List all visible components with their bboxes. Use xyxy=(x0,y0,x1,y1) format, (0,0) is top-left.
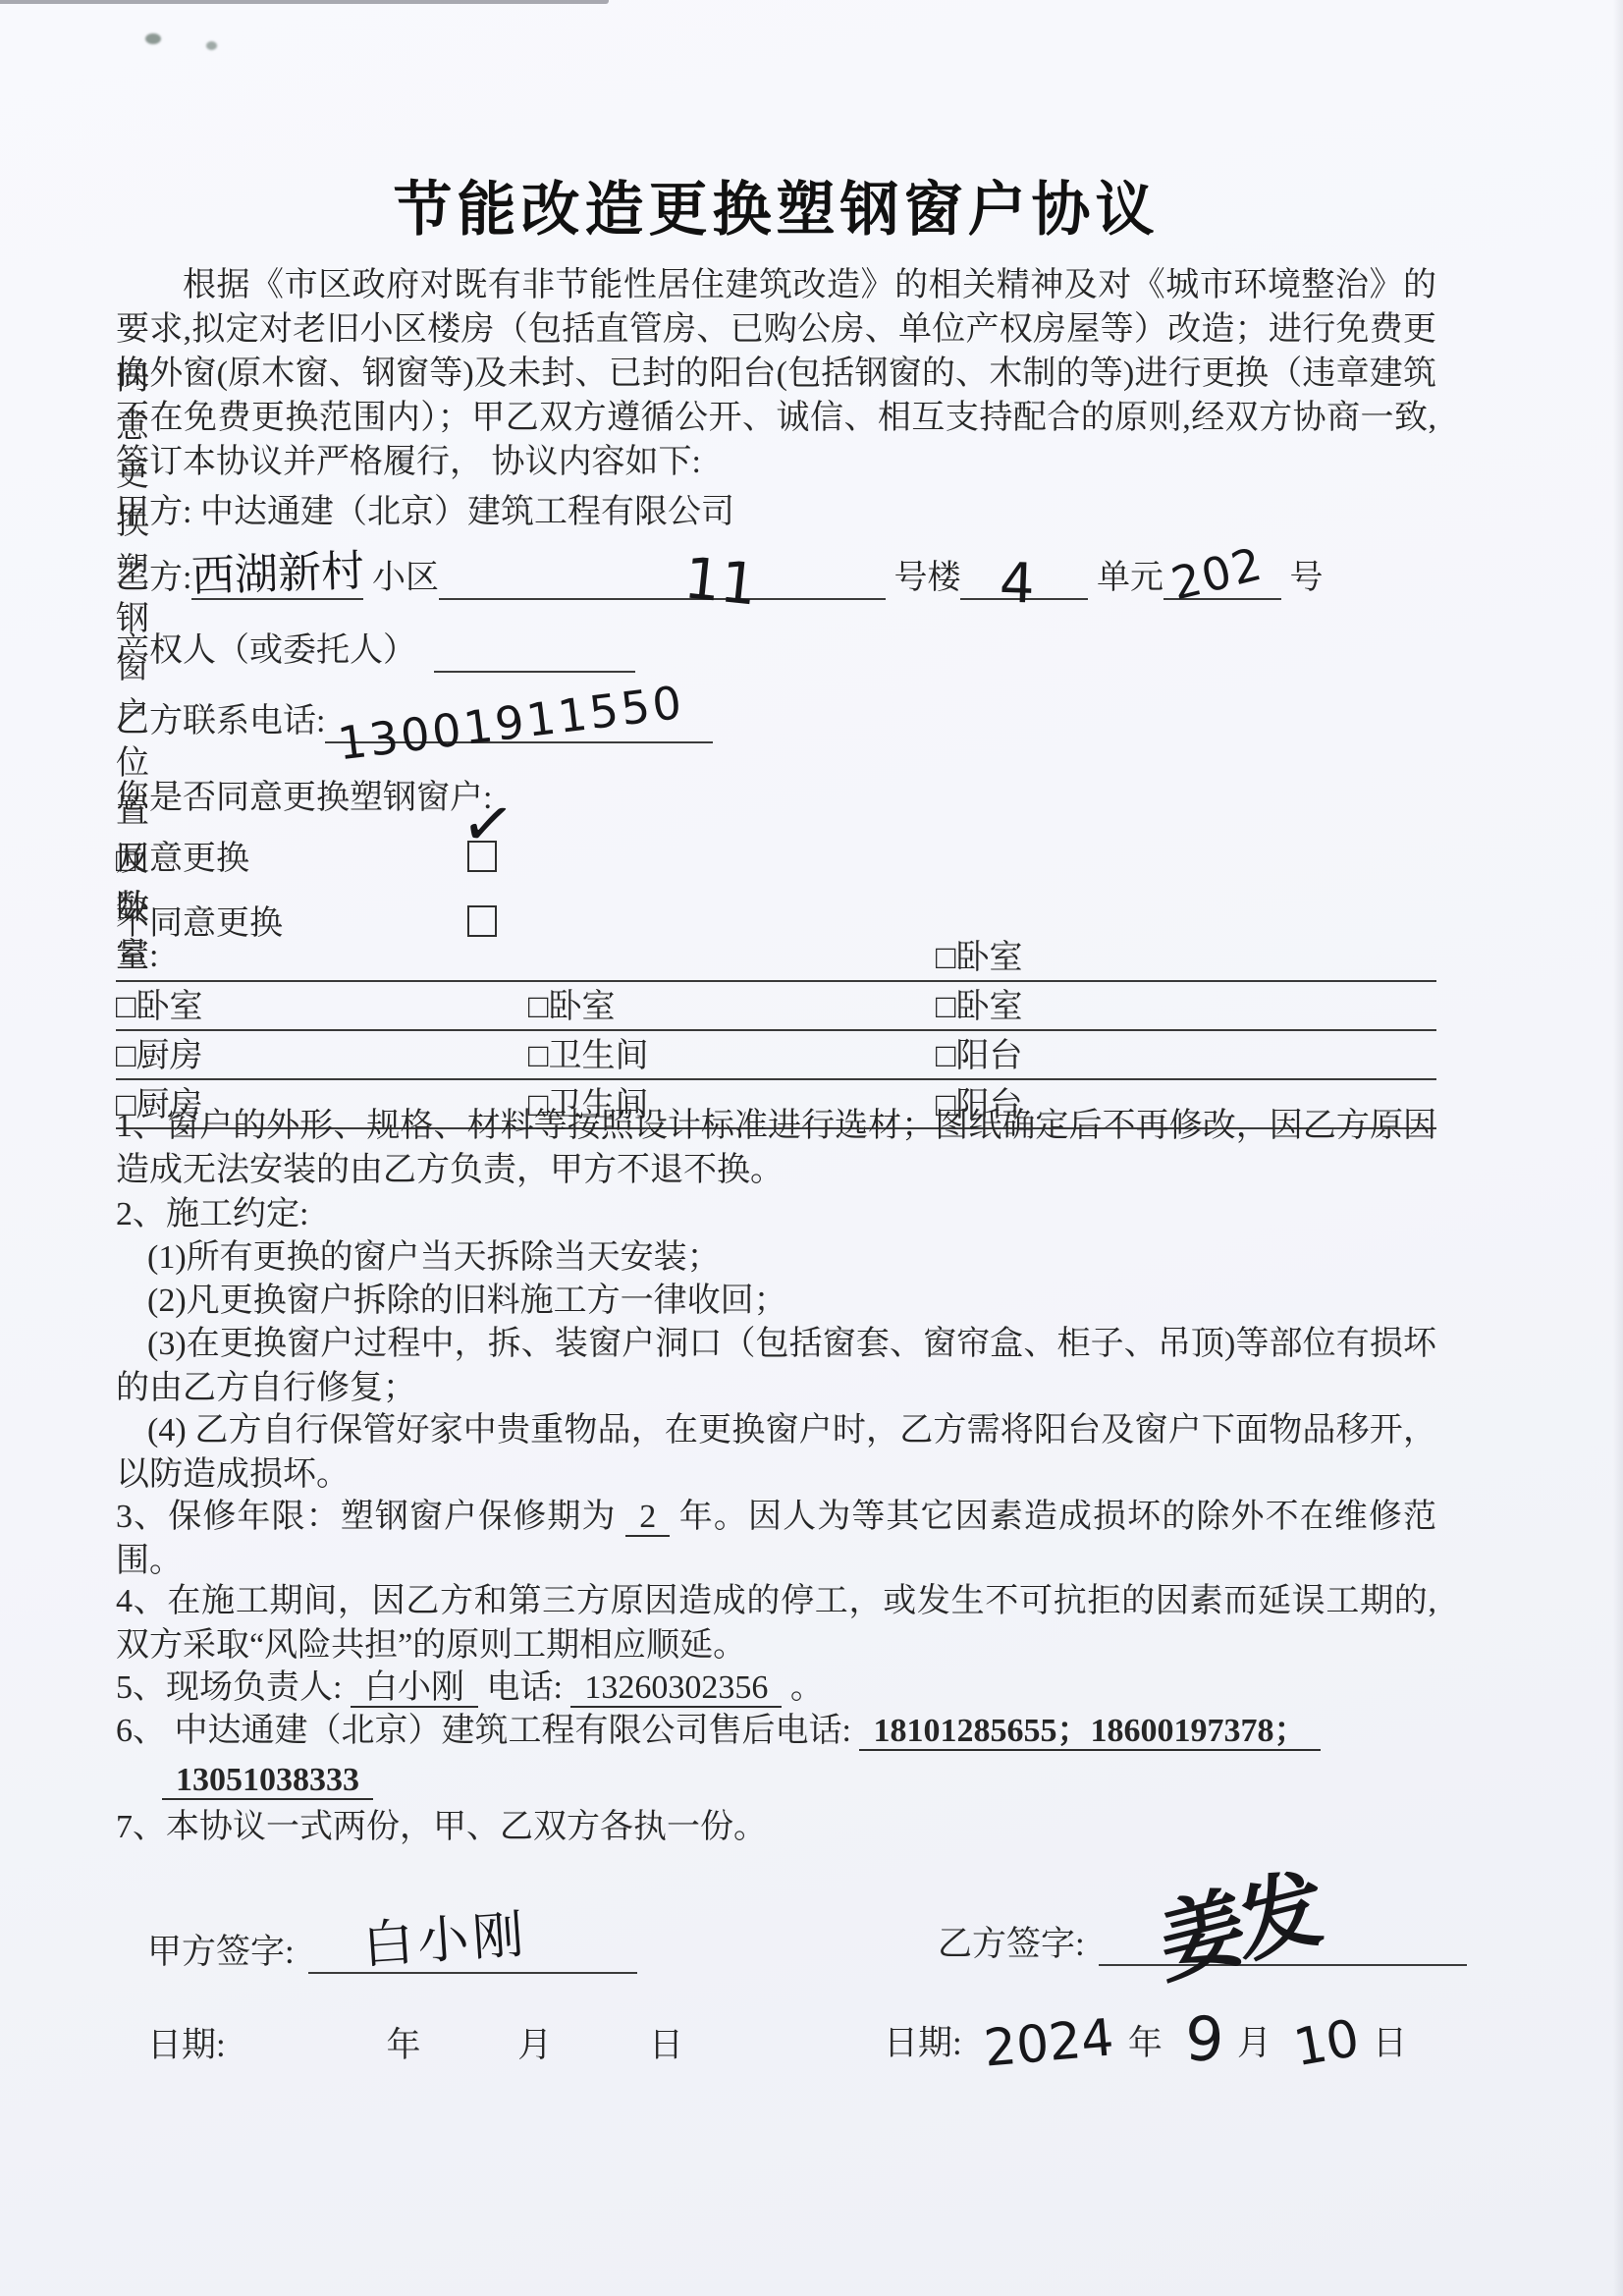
clause-3: 3、保修年限：塑钢窗户保修期为 2 年。因人为等其它因素造成损坏的除外不在维修范… xyxy=(116,1495,1436,1583)
clause-6-continued: 13051038333 xyxy=(162,1758,1483,1802)
unit-handwritten-value: 4 xyxy=(1000,561,1036,606)
party-a-signature-label: 甲方签字: xyxy=(147,1933,295,1971)
location-cell: □卧室 xyxy=(936,930,1023,978)
location-cell: □卧室 xyxy=(528,979,616,1027)
consent-question: 您是否同意更换塑钢窗户: xyxy=(116,776,1436,820)
locations-row: □厨房 □卫生间 □阳台 xyxy=(116,1031,1436,1080)
phone-handwritten-value: 13001911550 xyxy=(336,681,687,767)
location-cell: □卧室 xyxy=(936,979,1023,1027)
location-cell: □阳台 xyxy=(936,1028,1023,1076)
owner-row: 产权人（或委托人） xyxy=(116,629,1436,673)
clause-7: 7、本协议一式两份，甲、乙双方各执一份。 xyxy=(116,1805,1436,1849)
room-handwritten-value: 202 xyxy=(1167,541,1268,606)
location-cell: □卧室 xyxy=(116,979,203,1027)
clause-2-heading: 2、施工约定: xyxy=(116,1192,1436,1236)
scanner-shadow-artifact xyxy=(1613,0,1623,2296)
year-handwritten-value: 2024 xyxy=(982,2008,1116,2078)
location-cell: □卧室 xyxy=(116,843,149,976)
clause-2-item-4: (4) 乙方自行保管好家中贵重物品，在更换窗户时，乙方需将阳台及窗户下面物品移开… xyxy=(116,1408,1436,1497)
agree-option: 同意更换 ✓ xyxy=(116,837,1436,882)
ink-speck xyxy=(206,41,217,50)
room-suffix: 号 xyxy=(1289,560,1323,596)
scanned-agreement-page: 节能改造更换塑钢窗户协议 根据《市区政府对既有非节能性居住建筑改造》的相关精神及… xyxy=(0,0,1623,2296)
location-cell: □厨房 xyxy=(116,1028,203,1076)
phone-field: 13001911550 xyxy=(325,741,713,743)
party-a-line: 甲方: 中达通建（北京）建筑工程有限公司 xyxy=(116,490,1436,534)
clause-1: 1、窗户的外形、规格、材料等按照设计标准进行选材；图纸确定后不再修改，因乙方原因… xyxy=(116,1104,1436,1192)
date-party-b: 日期: 2024年 9月 10日 xyxy=(884,2003,1623,2075)
year-suffix: 年 xyxy=(386,2026,420,2064)
month-handwritten-value: 9 xyxy=(1183,2002,1224,2075)
site-manager-label: 5、现场负责人: xyxy=(116,1669,342,1706)
building-field: 11 xyxy=(439,598,886,600)
unit-field: 4 xyxy=(960,598,1088,600)
party-a-signature-field: 白小刚 xyxy=(308,1970,637,1974)
check-mark-icon: ✓ xyxy=(459,799,516,850)
clause-2-item-3: (3)在更换窗户过程中，拆、装窗户洞口（包括窗套、窗帘盒、柜子、吊顶)等部位有损… xyxy=(116,1322,1436,1410)
intro-paragraph: 根据《市区政府对既有非节能性居住建筑改造》的相关精神及对《城市环境整治》的要求,… xyxy=(116,263,1436,484)
unit-suffix: 单元 xyxy=(1097,560,1163,596)
month-suffix: 月 xyxy=(1237,2024,1271,2062)
owner-label: 产权人（或委托人） xyxy=(116,632,416,669)
ink-speck xyxy=(145,33,161,44)
locations-row: □卧室 □卧室 □卧室 xyxy=(116,982,1436,1031)
phone-row: 乙方联系电话:13001911550 xyxy=(116,699,1436,743)
community-field: 西湖新村 xyxy=(191,550,363,600)
scanner-edge-artifact xyxy=(0,0,609,4)
day-suffix: 日 xyxy=(1373,2024,1407,2062)
signature-party-a: 甲方签字:白小刚 xyxy=(147,1925,835,1974)
community-handwritten-value: 西湖新村 xyxy=(191,549,365,599)
clause-3-text: 3、保修年限：塑钢窗户保修期为 xyxy=(116,1499,617,1535)
month-suffix: 月 xyxy=(517,2026,552,2064)
aftersales-phones-line2: 13051038333 xyxy=(162,1762,373,1800)
community-suffix: 小区 xyxy=(372,560,439,596)
clause-5: 5、现场负责人: 白小刚 电话: 13260302356 。 xyxy=(116,1666,1436,1710)
location-cell: □卫生间 xyxy=(528,1028,649,1076)
party-a-signature-value: 白小刚 xyxy=(359,1892,529,1978)
day-suffix: 日 xyxy=(649,2026,683,2064)
room-field: 202 xyxy=(1163,598,1281,600)
aftersales-phones-line1: 18101285655；18600197378； xyxy=(859,1713,1321,1751)
party-b-row: 乙方:西湖新村 小区11 号楼4 单元202 号 xyxy=(116,550,1436,600)
party-b-signature-field: 姜发 xyxy=(1099,1962,1467,1966)
clause-2-item-2: (2)凡更换窗户拆除的旧料施工方一律收回； xyxy=(116,1279,1468,1323)
party-b-signature-label: 乙方签字: xyxy=(938,1925,1085,1963)
site-manager-phone-label: 电话: xyxy=(486,1669,562,1706)
site-manager-phone: 13260302356 xyxy=(570,1669,782,1708)
warranty-years-value: 2 xyxy=(625,1499,670,1537)
date-label: 日期: xyxy=(147,2026,226,2064)
aftersales-label: 6、 中达通建（北京）建筑工程有限公司售后电话: xyxy=(116,1713,851,1749)
building-handwritten-value: 11 xyxy=(682,556,759,607)
site-manager-name: 白小刚 xyxy=(351,1669,478,1708)
day-handwritten-value: 10 xyxy=(1289,2009,1364,2079)
owner-field xyxy=(434,671,635,673)
locations-header-row: 同意更换塑钢窗户位置及数量:□卧室 □卧室 xyxy=(116,933,1436,982)
year-suffix: 年 xyxy=(1128,2024,1163,2062)
page-title: 节能改造更换塑钢窗户协议 xyxy=(116,163,1436,247)
date-label: 日期: xyxy=(884,2024,962,2062)
signature-party-b: 乙方签字:姜发 xyxy=(938,1917,1546,1966)
clause-4: 4、在施工期间，因乙方和第三方原因造成的停工，或发生不可抗拒的因素而延误工期的,… xyxy=(116,1579,1436,1667)
building-suffix: 号楼 xyxy=(893,560,960,596)
clause-6: 6、 中达通建（北京）建筑工程有限公司售后电话: 18101285655；186… xyxy=(116,1709,1436,1753)
clause-5-end: 。 xyxy=(790,1669,824,1706)
clause-2-item-1: (1)所有更换的窗户当天拆除当天安装； xyxy=(116,1235,1468,1280)
party-b-signature-value: 姜发 xyxy=(1154,1838,1323,2001)
